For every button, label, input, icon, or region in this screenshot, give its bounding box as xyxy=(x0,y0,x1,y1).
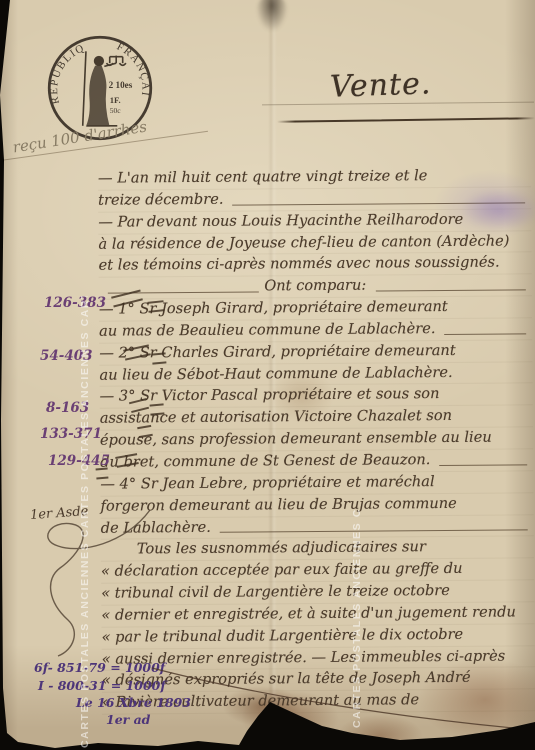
stamp-denom-bot: 50c xyxy=(110,106,122,115)
text-line-content: Ont comparu: xyxy=(264,276,366,298)
pen-fill-line xyxy=(220,530,528,533)
watermark-middle: CARTES POSTALES ANCIENNES CARTES POSTALE… xyxy=(351,508,366,728)
signature-paraph xyxy=(20,500,170,680)
title-underline-thin xyxy=(262,102,534,106)
calc-note: 1er ad xyxy=(106,712,150,727)
ink-smudge xyxy=(256,0,288,32)
margin-ref: 126-383 xyxy=(44,295,106,311)
watermark-left: CARTES POSTALES ANCIENNES CARTES POSTALE… xyxy=(79,296,94,748)
purple-ink-blot xyxy=(462,190,535,230)
margin-dash-mark xyxy=(150,403,165,415)
margin-dash-mark xyxy=(152,352,167,364)
stamp-denom-mid: 1F. xyxy=(110,95,121,105)
text-line-content: — Par devant nous Louis Hyacinthe Reilha… xyxy=(98,210,463,234)
text-line-content: épouse, sans profession demeurant ensemb… xyxy=(100,428,492,452)
pen-fill-line xyxy=(439,464,527,466)
margin-dash-mark xyxy=(96,467,109,479)
title-underline-thick xyxy=(277,117,535,123)
text-line-content: au lieu de Sébot-Haut commune de Lablach… xyxy=(99,363,452,387)
text-line-content: et les témoins ci-après nommés avec nous… xyxy=(99,253,500,277)
text-line-content: au mas de Beaulieu commune de Lablachère… xyxy=(99,319,436,342)
calc-note: I - 800-31 = 1000f xyxy=(38,678,166,693)
calc-note: 6f- 851-79 = 1000f xyxy=(34,660,165,675)
stamp-denom-top: 2 10es xyxy=(109,80,133,90)
text-line-content: treize décembre. xyxy=(98,190,224,212)
document-title: Vente. xyxy=(329,66,432,105)
text-line-content: — 4° Sr Jean Lebre, propriétaire et maré… xyxy=(100,472,434,495)
text-line-content: — L'an mil huit cent quatre vingt treize… xyxy=(98,166,428,189)
text-line-content: Tous les susnommés adjudicataires sur xyxy=(137,537,426,560)
pen-fill-line xyxy=(375,289,526,291)
stamp-denomination: 2 10es 1F. 50c xyxy=(109,80,133,115)
scanned-photo-canvas: RÉPUBLIQUE FRANÇAISE 2 10es 1F. 50c xyxy=(0,0,535,750)
pen-fill-line xyxy=(445,333,527,335)
text-line-content: du bret, commune de St Genest de Beauzon… xyxy=(100,450,430,473)
text-line-content: à la résidence de Joyeuse chef-lieu de c… xyxy=(98,231,509,255)
margin-dash-mark xyxy=(147,300,164,313)
